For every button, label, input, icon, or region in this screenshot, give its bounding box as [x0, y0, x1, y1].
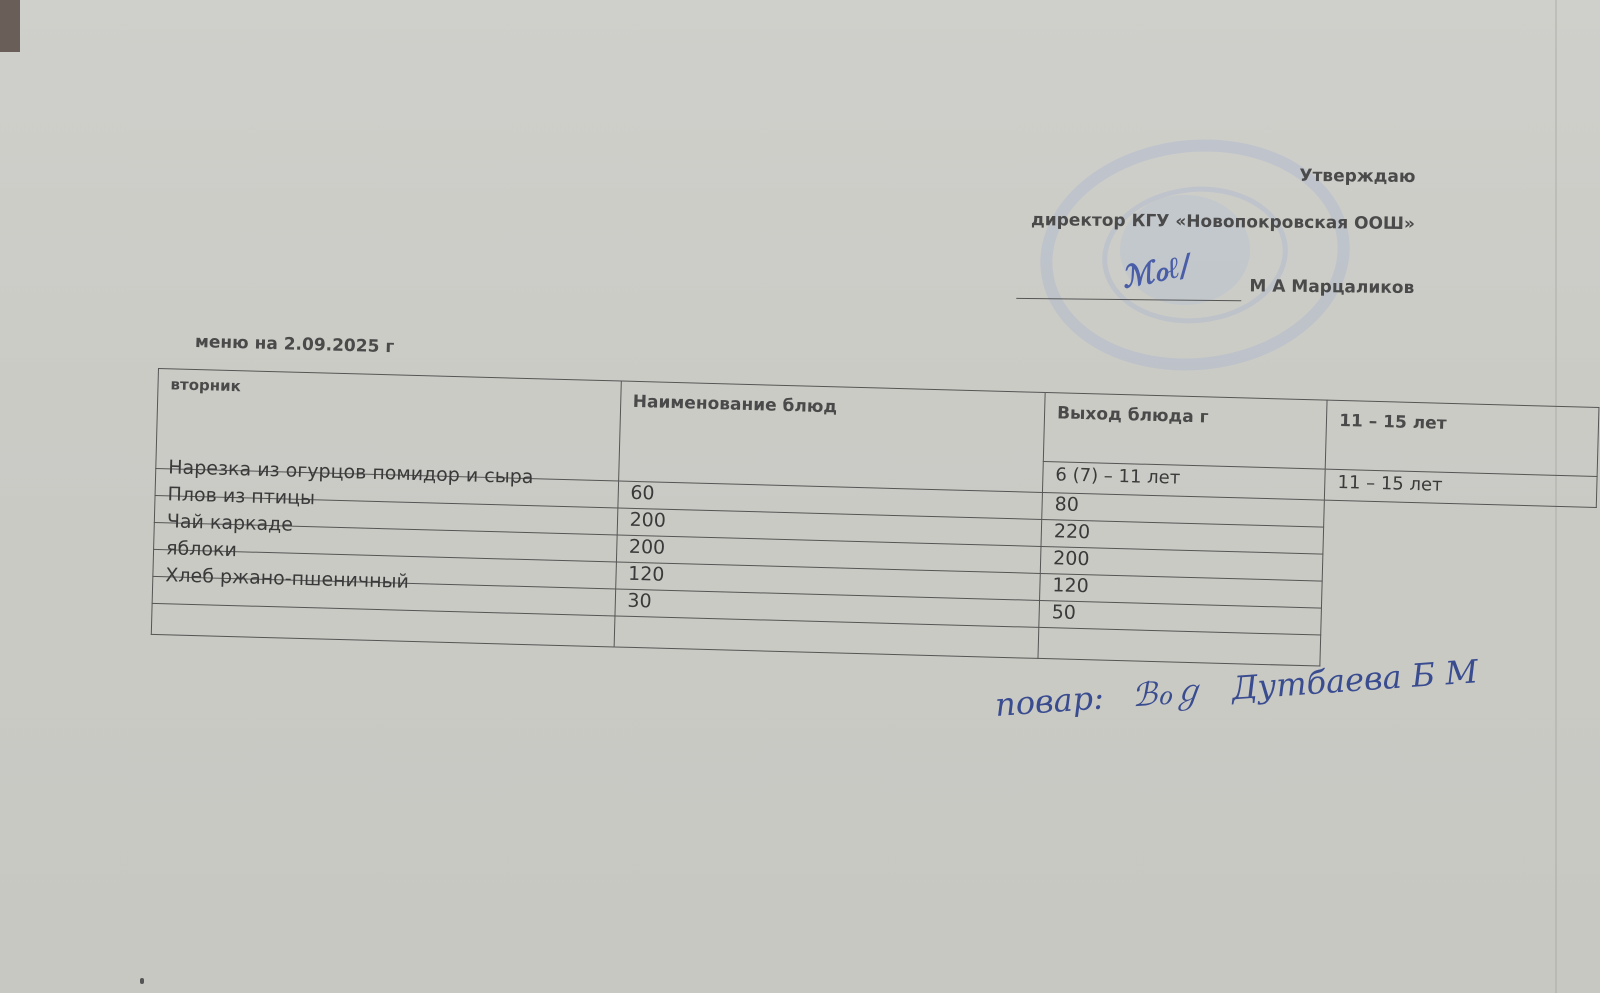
photo-background-corner: [0, 0, 20, 52]
yield-6-11-cell-text: 200: [629, 509, 666, 532]
yield-11-15-cell-text: 220: [1054, 520, 1091, 543]
cook-label: повар:: [994, 678, 1105, 724]
yield-11-15-cell-text: 200: [1053, 547, 1090, 570]
cook-name: Дутбаева Б М: [1230, 652, 1479, 707]
header-row: вторник Наименование блюд Выход блюда г …: [157, 369, 1599, 477]
header-dish-name: Наименование блюд: [618, 381, 1045, 492]
yield-6-11-cell-text: 200: [629, 536, 666, 559]
approval-position: директор КГУ «Новопокровская ООШ»: [1017, 205, 1415, 256]
dish-name-cell-text: яблоки: [166, 537, 237, 561]
menu-title: меню на 2.09.2025 г: [195, 332, 395, 357]
header-age-top: 11 – 15 лет: [1325, 400, 1599, 476]
yield-6-11-cell-text: 30: [627, 590, 652, 613]
menu-table: вторник Наименование блюд Выход блюда г …: [151, 368, 1600, 674]
director-name: М А Марцаликов: [1249, 271, 1414, 303]
dish-name-cell-text: Плов из птицы: [167, 483, 315, 509]
director-signature: ℳℴℓ/: [1119, 251, 1193, 294]
yield-11-15-cell-text: 80: [1054, 493, 1079, 516]
yield-6-11-cell-text: 60: [630, 482, 655, 505]
approval-block: Утверждаю директор КГУ «Новопокровская О…: [1016, 158, 1415, 303]
dust-speck: [140, 978, 144, 984]
cook-signature: ℬℴℊ: [1130, 671, 1204, 714]
yield-11-15-cell-text: 50: [1051, 601, 1076, 624]
yield-6-11-cell-text: 120: [628, 563, 665, 586]
approval-signature-row: ℳℴℓ/ М А Марцаликов: [1016, 252, 1414, 303]
dish-name-cell-text: Чай каркаде: [167, 510, 294, 535]
yield-11-15-cell-text: 120: [1052, 574, 1089, 597]
header-age-11-15: 11 – 15 лет: [1325, 469, 1598, 507]
header-yield: Выход блюда г: [1043, 393, 1327, 470]
approval-heading: Утверждаю: [1017, 158, 1415, 209]
signature-line: ℳℴℓ/: [1016, 274, 1241, 301]
menu-table-wrapper: вторник Наименование блюд Выход блюда г …: [151, 368, 1600, 674]
